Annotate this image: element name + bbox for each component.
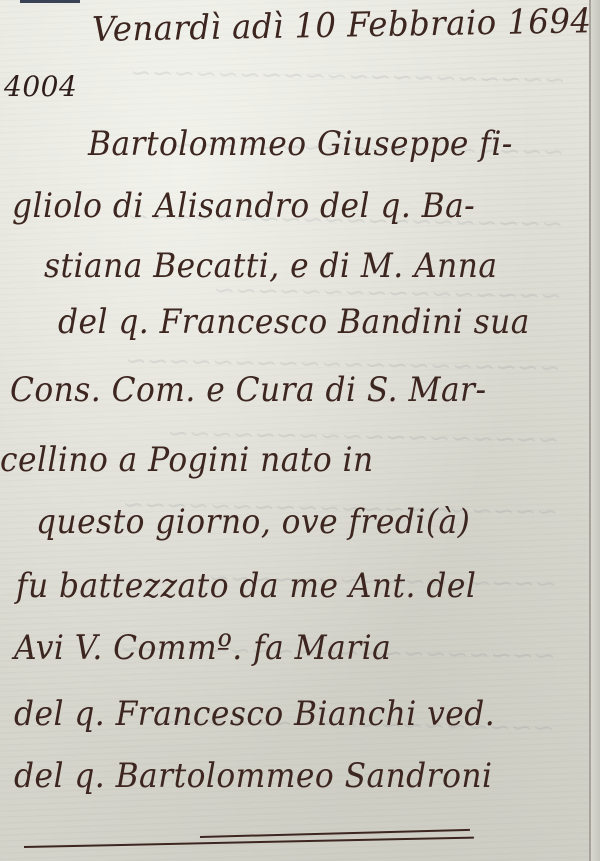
entry-line-10: del q. Francesco Bianchi ved. <box>14 694 495 734</box>
manuscript-page: ~~~~~~~~~~~~~~~~~~~~ ~~~~~~~~~~~~~~~~~~ … <box>0 0 600 861</box>
closing-underline <box>24 837 474 848</box>
page-edge-shadow <box>591 0 600 861</box>
entry-line-7: questo giorno, ove fredi(à) <box>36 502 470 542</box>
entry-line-9: Avi V. Commº. fa Maria <box>14 628 391 668</box>
record-reference-number: 4004 <box>4 70 77 103</box>
record-date-header: Venardì adì 10 Febbraio 1694 <box>92 1 592 50</box>
top-ink-stroke <box>20 0 80 3</box>
entry-line-6: cellino a Pogini nato in <box>0 440 374 480</box>
entry-line-1: Bartolommeo Giuseppe fi- <box>88 124 513 164</box>
entry-line-11: del q. Bartolommeo Sandroni <box>14 756 492 796</box>
entry-line-5: Cons. Com. e Cura di S. Mar- <box>10 370 487 410</box>
entry-line-8: fu battezzato da me Ant. del <box>16 566 476 606</box>
entry-line-2: gliolo di Alisandro del q. Ba- <box>12 186 475 226</box>
entry-line-4: del q. Francesco Bandini sua <box>58 302 530 342</box>
entry-line-3: stiana Becatti, e di M. Anna <box>44 246 497 286</box>
